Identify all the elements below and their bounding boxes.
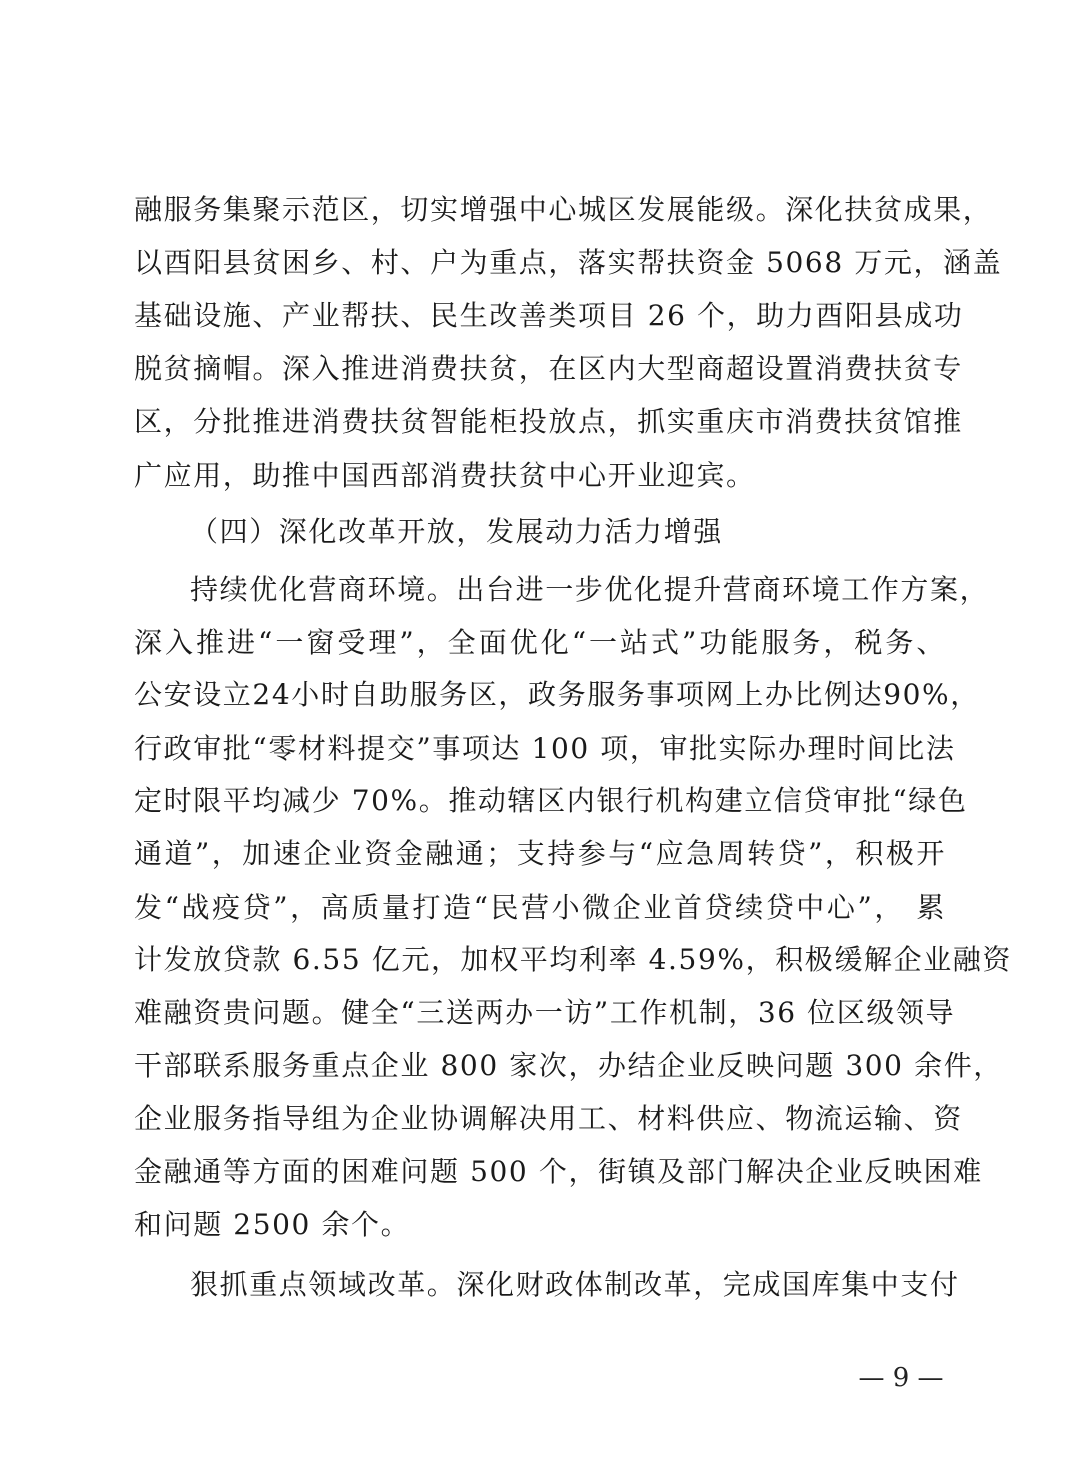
text-line: 定时限平均减少 70%。推动辖区内银行机构建立信贷审批“绿色	[134, 781, 946, 821]
text-line: 难融资贵问题。健全“三送两办一访”工作机制，36 位区级领导	[134, 993, 946, 1033]
text-line: 区，分批推进消费扶贫智能柜投放点，抓实重庆市消费扶贫馆推	[134, 402, 946, 442]
text-line: 以酉阳县贫困乡、村、户为重点，落实帮扶资金 5068 万元，涵盖	[134, 243, 946, 283]
text-line: 深入推进“一窗受理”，全面优化“一站式”功能服务，税务、	[134, 623, 946, 663]
text-line: 金融通等方面的困难问题 500 个，街镇及部门解决企业反映困难	[134, 1152, 946, 1192]
text-line: 持续优化营商环境。出台进一步优化提升营商环境工作方案，	[190, 570, 946, 610]
text-line: 干部联系服务重点企业 800 家次，办结企业反映问题 300 余件，	[134, 1046, 946, 1086]
text-line: 和问题 2500 余个。	[134, 1205, 946, 1245]
text-line: 脱贫摘帽。深入推进消费扶贫，在区内大型商超设置消费扶贫专	[134, 349, 946, 389]
text-line: 基础设施、产业帮扶、民生改善类项目 26 个，助力酉阳县成功	[134, 296, 946, 336]
text-line: 狠抓重点领域改革。深化财政体制改革，完成国库集中支付	[190, 1265, 946, 1305]
text-line: 企业服务指导组为企业协调解决用工、材料供应、物流运输、资	[134, 1099, 946, 1139]
text-line: 计发放贷款 6.55 亿元，加权平均利率 4.59%，积极缓解企业融资	[134, 940, 946, 980]
text-line: 行政审批“零材料提交”事项达 100 项，审批实际办理时间比法	[134, 729, 946, 769]
text-line: 广应用，助推中国西部消费扶贫中心开业迎宾。	[134, 456, 946, 496]
document-page: 融服务集聚示范区，切实增强中心城区发展能级。深化扶贫成果， 以酉阳县贫困乡、村、…	[0, 0, 1074, 1458]
page-number: — 9 —	[856, 1361, 946, 1395]
text-line: 发“战疫贷”，高质量打造“民营小微企业首贷续贷中心”， 累	[134, 888, 946, 928]
section-heading: （四）深化改革开放，发展动力活力增强	[190, 512, 723, 552]
text-line: 通道”，加速企业资金融通；支持参与“应急周转贷”，积极开	[134, 834, 946, 874]
text-line: 融服务集聚示范区，切实增强中心城区发展能级。深化扶贫成果，	[134, 190, 946, 230]
text-line: 公安设立24小时自助服务区，政务服务事项网上办比例达90%，	[134, 675, 946, 715]
